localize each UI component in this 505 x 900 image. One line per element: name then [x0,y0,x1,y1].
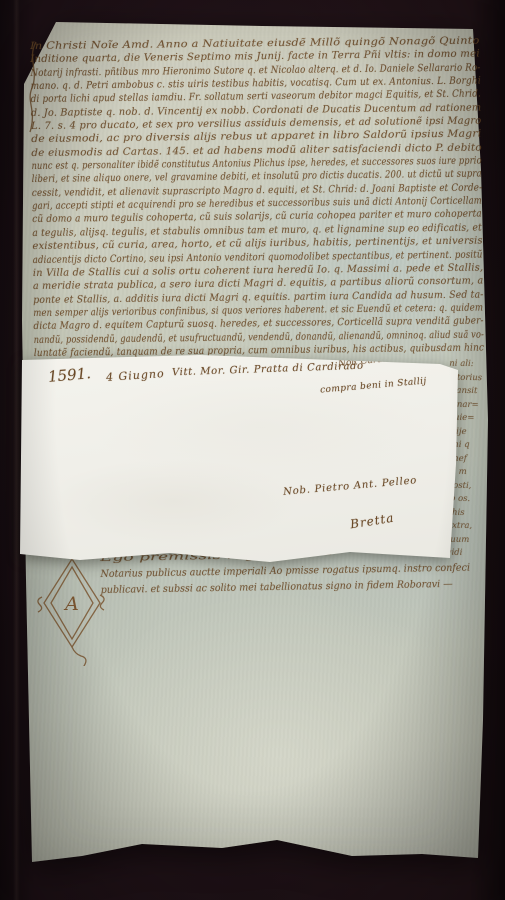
slip-signature-2: Bretta [349,511,395,532]
slip-date: 4 Giugno [106,367,165,384]
slip-subject: compra beni in Stallij [320,376,427,395]
photo-background: In Christi Noĩe Amd. Anno a Natiuitate e… [0,0,505,900]
slip-signature-1: Nob. Pietro Ant. Pelleo [283,475,418,498]
slip-year: 1591. [47,364,91,386]
signum-letter: A [63,593,79,615]
manuscript-text: In Christi Noĩe Amd. Anno a Natiuitate e… [30,35,484,361]
archival-slip-wrap: 1591. 4 Giugno Vitt. Mor. Gir. Pratta di… [20,354,458,564]
slip-parties: Vitt. Mor. Gir. Pratta di Cardirado [172,361,364,379]
archival-slip: 1591. 4 Giugno Vitt. Mor. Gir. Pratta di… [20,354,458,564]
slip-notary-note: Not. Cardinad [338,353,403,370]
